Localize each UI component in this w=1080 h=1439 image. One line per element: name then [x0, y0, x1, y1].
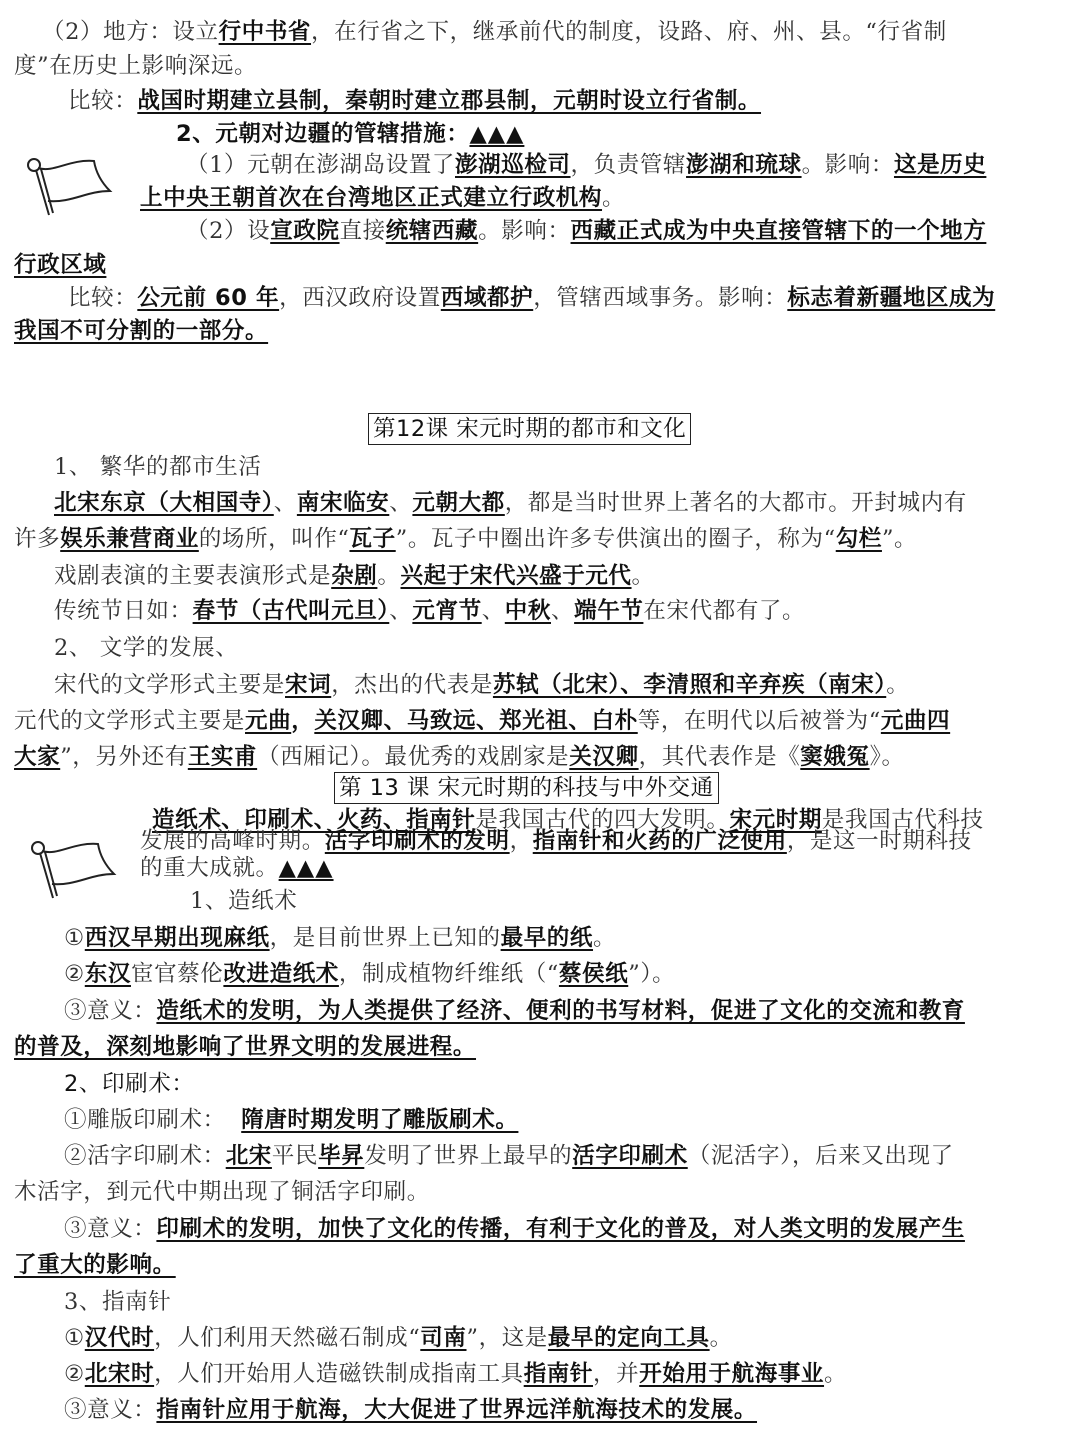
keyword: 端午节: [574, 598, 643, 624]
section-title: 2、元朝对边疆的管辖措施：: [176, 121, 469, 147]
keyword: 活字印刷术的发明: [325, 828, 510, 854]
text: ，: [510, 828, 533, 854]
text: 宋代的文学形式主要是: [54, 672, 285, 698]
keyword: 娱乐兼营商业: [60, 526, 199, 552]
compass-item2: ②北宋时，人们开始用人造磁铁制成指南工具指南针，并开始用于航海事业。: [64, 1359, 847, 1389]
printing-item1: ①雕版印刷术： 隋唐时期发明了雕版刷术。: [64, 1105, 518, 1135]
paragraph-local-admin-line2: 度”在历史上影响深远。: [14, 51, 257, 81]
keyword: 毕昇: [318, 1143, 364, 1169]
text: 的场所，叫作“: [199, 526, 350, 552]
printing-item3-line2: 了重大的影响。: [14, 1250, 176, 1280]
keyword: 勾栏: [836, 526, 882, 552]
keyword: 的普及，深刻地影响了世界文明的发展进程。: [14, 1034, 476, 1060]
lesson12-p1-line2: 许多娱乐兼营商业的场所，叫作“瓦子”。瓦子中圈出许多专供演出的圈子，称为“勾栏”…: [14, 524, 917, 554]
text: 。: [593, 925, 616, 951]
keyword: 最早的定向工具: [548, 1325, 710, 1351]
keyword: 王实甫: [188, 744, 257, 770]
text: 、: [274, 490, 297, 516]
text: ，人们开始用人造磁铁制成指南工具: [154, 1361, 524, 1387]
compass-item3: ③意义：指南针应用于航海，大大促进了世界远洋航海技术的发展。: [64, 1395, 757, 1425]
keyword: 活字印刷术: [572, 1143, 688, 1169]
flag-icon: [24, 155, 122, 220]
compare-line: 比较：战国时期建立县制，秦朝时建立郡县制，元朝时设立行省制。: [68, 86, 761, 116]
compare-label: 比较：: [68, 285, 137, 311]
keyword: 元宵节: [412, 598, 481, 624]
keyword: 造纸术的发明，为人类提供了经济、便利的书写材料，促进了文化的交流和教育: [156, 998, 965, 1024]
flag-icon: [28, 838, 126, 903]
keyword: 指南针: [524, 1361, 593, 1387]
frontier-title: 2、元朝对边疆的管辖措施：▲▲▲: [176, 119, 524, 149]
text: 。: [824, 1361, 847, 1387]
text: 、: [389, 490, 412, 516]
text: （西厢记）。最优秀的戏剧家是: [257, 744, 569, 770]
keyword: 标志着新疆地区成为: [787, 285, 995, 311]
keyword: 南宋临安: [297, 490, 389, 516]
lesson12-p4: 宋代的文学形式主要是宋词，杰出的代表是苏轼（北宋）、李清照和辛弃疾（南宋）。: [54, 670, 909, 700]
importance-triangles-icon: ▲▲▲: [279, 855, 334, 881]
text: ，管辖西域事务。影响：: [533, 285, 787, 311]
keyword: 蔡侯纸: [559, 961, 628, 987]
paper-title: 1、造纸术: [190, 886, 297, 916]
keyword: 苏轼（北宋）、李清照和辛弃疾（南宋）: [493, 672, 886, 698]
paper-item3-line2: 的普及，深刻地影响了世界文明的发展进程。: [14, 1032, 476, 1062]
frontier-compare-line1: 比较：公元前 60 年，西汉政府设置西域都护，管辖西域事务。影响：标志着新疆地区…: [68, 283, 995, 313]
text: ”，另外还有: [60, 744, 188, 770]
keyword: 大家: [14, 744, 60, 770]
paper-item2: ②东汉宦官蔡伦改进造纸术，制成植物纤维纸（“蔡侯纸”）。: [64, 959, 675, 989]
keyword: 窦娥冤: [800, 744, 869, 770]
keyword: 司南: [420, 1325, 466, 1351]
text: 宦官蔡伦: [131, 961, 223, 987]
text: 。: [377, 563, 400, 589]
keyword: 澎湖和琉球: [686, 152, 802, 178]
text: ②: [64, 961, 85, 987]
text: 。: [632, 563, 655, 589]
keyword: 指南针和火药的广泛使用: [533, 828, 787, 854]
text: （2）设: [186, 218, 270, 244]
text: 戏剧表演的主要表演形式是: [54, 563, 331, 589]
keyword: 西藏正式成为中央直接管辖下的一个地方: [571, 218, 987, 244]
lesson12-sub1: 1、 繁华的都市生活: [54, 452, 261, 482]
lesson12-sub2: 2、 文学的发展、: [54, 633, 238, 663]
text: 许多: [14, 526, 60, 552]
keyword: 开始用于航海事业: [639, 1361, 824, 1387]
lesson12-p2: 戏剧表演的主要表演形式是杂剧。兴起于宋代兴盛于元代。: [54, 561, 655, 591]
text: 等，在明代以后被誉为“: [638, 708, 881, 734]
keyword: 北宋东京（大相国寺）: [54, 490, 274, 516]
text: 、: [482, 598, 505, 624]
text: 传统节日如：: [54, 598, 193, 624]
text: ③意义：: [64, 1216, 156, 1242]
frontier-compare-line2: 我国不可分割的一部分。: [14, 316, 268, 346]
lesson13-intro-line2: 发展的高峰时期。活字印刷术的发明，指南针和火药的广泛使用，是这一时期科技: [140, 826, 972, 856]
text: 。影响：: [478, 218, 570, 244]
text: ，制成植物纤维纸（“: [339, 961, 559, 987]
keyword: 行政区域: [14, 252, 106, 278]
keyword: 东汉: [85, 961, 131, 987]
text: ，在行省之下，继承前代的制度，设路、府、州、县。“行省制: [311, 19, 947, 45]
text: ，都是当时世界上著名的大都市。开封城内有: [505, 490, 967, 516]
compass-title: 3、指南针: [64, 1287, 171, 1317]
text: ，负责管辖: [571, 152, 687, 178]
keyword: 印刷术的发明，加快了文化的传播，有利于文化的普及，对人类文明的发展产生: [156, 1216, 965, 1242]
text: ③意义：: [64, 998, 156, 1024]
keyword: 上中央王朝首次在台湾地区正式建立行政机构: [140, 185, 602, 211]
keyword: 这是历史: [894, 152, 986, 178]
text: 、: [551, 598, 574, 624]
frontier-item2-line1: （2）设宣政院直接统辖西藏。影响：西藏正式成为中央直接管辖下的一个地方: [186, 216, 986, 246]
lesson13-title: 第 13 课 宋元时期的科技与中外交通: [334, 772, 719, 804]
importance-triangles-icon: ▲▲▲: [469, 121, 524, 147]
paragraph-local-admin-line1: （2）地方：设立行中书省，在行省之下，继承前代的制度，设路、府、州、县。“行省制: [42, 17, 947, 47]
text: ，人们利用天然磁石制成“: [154, 1325, 420, 1351]
text: ②: [64, 1361, 85, 1387]
text: 。: [602, 185, 625, 211]
text: 发展的高峰时期。: [140, 828, 325, 854]
keyword: 西汉早期出现麻纸: [85, 925, 270, 951]
text: ”）。: [628, 961, 675, 987]
text: 》。: [870, 744, 905, 770]
keyword: 元朝大都: [412, 490, 504, 516]
keyword: 澎湖巡检司: [455, 152, 571, 178]
section-title: 2、印刷术：: [64, 1071, 194, 1097]
text: 的重大成就。: [140, 855, 279, 881]
paper-item3-line1: ③意义：造纸术的发明，为人类提供了经济、便利的书写材料，促进了文化的交流和教育: [64, 996, 965, 1026]
text: ①: [64, 1325, 85, 1351]
frontier-item1-line2: 上中央王朝首次在台湾地区正式建立行政机构。: [140, 183, 625, 213]
text: 。: [886, 672, 909, 698]
lesson12-p1-line1: 北宋东京（大相国寺）、南宋临安、元朝大都，都是当时世界上著名的大都市。开封城内有: [54, 488, 967, 518]
lesson12-p5-line1: 元代的文学形式主要是元曲，关汉卿、马致远、郑光祖、白朴等，在明代以后被誉为“元曲…: [14, 706, 950, 736]
lesson13-intro-line3: 的重大成就。▲▲▲: [140, 853, 334, 883]
text: （泥活字），后来又出现了: [688, 1143, 954, 1169]
text: （1）元朝在澎湖岛设置了: [186, 152, 455, 178]
keyword-xingzhongshusheng: 行中书省: [219, 19, 311, 45]
keyword: 元曲: [245, 708, 291, 734]
keyword: 最早的纸: [501, 925, 593, 951]
keyword: 改进造纸术: [223, 961, 339, 987]
printing-item3-line1: ③意义：印刷术的发明，加快了文化的传播，有利于文化的普及，对人类文明的发展产生: [64, 1214, 965, 1244]
text: ②活字印刷术：: [64, 1143, 226, 1169]
text: 、: [389, 598, 412, 624]
text: ，: [291, 708, 314, 734]
printing-item2-line2: 木活字，到元代中期出现了铜活字印刷。: [14, 1177, 430, 1207]
text: ①雕版印刷术：: [64, 1107, 241, 1133]
keyword: 兴起于宋代兴盛于元代: [401, 563, 632, 589]
text: 直接: [340, 218, 386, 244]
keyword: 西域都护: [441, 285, 533, 311]
text: ”。瓦子中圈出许多专供演出的圈子，称为“: [396, 526, 836, 552]
text: ”，这是: [467, 1325, 548, 1351]
text: ，杰出的代表是: [331, 672, 493, 698]
keyword: 元曲四: [881, 708, 950, 734]
paper-item1: ①西汉早期出现麻纸，是目前世界上已知的最早的纸。: [64, 923, 616, 953]
lesson12-p3: 传统节日如：春节（古代叫元旦）、元宵节、中秋、端午节在宋代都有了。: [54, 596, 805, 626]
keyword: 杂剧: [331, 563, 377, 589]
keyword: 中秋: [505, 598, 551, 624]
keyword: 统辖西藏: [386, 218, 478, 244]
keyword: 关汉卿、马致远、郑光祖、白朴: [314, 708, 637, 734]
frontier-item1-line1: （1）元朝在澎湖岛设置了澎湖巡检司，负责管辖澎湖和琉球。影响：这是历史: [186, 150, 986, 180]
text: （2）地方：设立: [42, 19, 219, 45]
text: ，是目前世界上已知的: [270, 925, 501, 951]
lesson12-title: 第12课 宋元时期的都市和文化: [368, 413, 691, 445]
text: ，是这一时期科技: [787, 828, 972, 854]
keyword: 北宋时: [85, 1361, 154, 1387]
keyword: 宋词: [285, 672, 331, 698]
printing-item2-line1: ②活字印刷术：北宋平民毕昇发明了世界上最早的活字印刷术（泥活字），后来又出现了: [64, 1141, 954, 1171]
keyword: 公元前 60 年: [137, 285, 279, 311]
text: ，西汉政府设置: [279, 285, 441, 311]
keyword: 汉代时: [85, 1325, 154, 1351]
keyword: 春节（古代叫元旦）: [193, 598, 390, 624]
keyword: 我国不可分割的一部分。: [14, 318, 268, 344]
text: 平民: [272, 1143, 318, 1169]
text: 。: [710, 1325, 733, 1351]
text: 在宋代都有了。: [643, 598, 805, 624]
compare-text: 战国时期建立县制，秦朝时建立郡县制，元朝时设立行省制。: [137, 88, 761, 114]
compare-label: 比较：: [68, 88, 137, 114]
printing-title: 2、印刷术：: [64, 1069, 194, 1099]
keyword: 瓦子: [350, 526, 396, 552]
keyword: 关汉卿: [569, 744, 638, 770]
text: ，并: [593, 1361, 639, 1387]
text: 元代的文学形式主要是: [14, 708, 245, 734]
text: ①: [64, 925, 85, 951]
lesson12-p5-line2: 大家”，另外还有王实甫（西厢记）。最优秀的戏剧家是关汉卿，其代表作是《窦娥冤》。: [14, 742, 905, 772]
keyword: 指南针应用于航海，大大促进了世界远洋航海技术的发展。: [156, 1397, 757, 1423]
keyword: 宣政院: [270, 218, 339, 244]
keyword: 北宋: [226, 1143, 272, 1169]
text: ”。: [882, 526, 917, 552]
text: 。影响：: [802, 152, 894, 178]
text: 发明了世界上最早的: [364, 1143, 572, 1169]
keyword: 隋唐时期发明了雕版刷术。: [241, 1107, 518, 1133]
text: ③意义：: [64, 1397, 156, 1423]
keyword: 了重大的影响。: [14, 1252, 176, 1278]
text: ，其代表作是《: [639, 744, 801, 770]
frontier-item2-line2: 行政区域: [14, 250, 106, 280]
compass-item1: ①汉代时，人们利用天然磁石制成“司南”，这是最早的定向工具。: [64, 1323, 733, 1353]
